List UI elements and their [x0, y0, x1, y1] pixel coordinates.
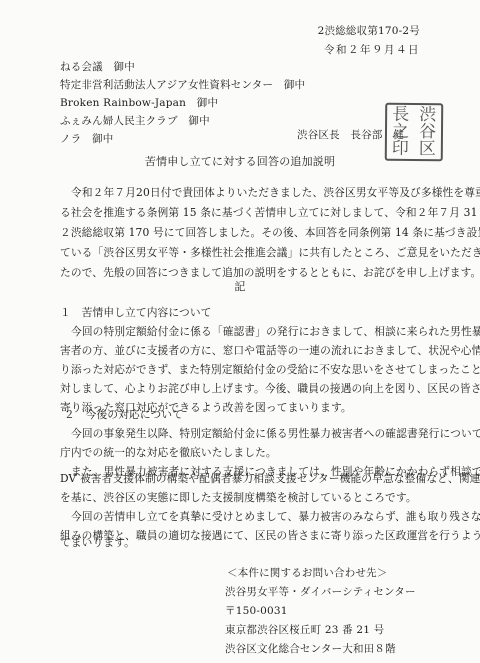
paragraph-line: 令和２年７月20日付で貴団体よりいただきました、渋谷区男女平等及び多様性を尊重す [71, 186, 480, 200]
paragraph-line: る社会を推進する条例第 15 条に基づく苦情申し立てに対しまして、令和２年７月 … [60, 206, 480, 220]
contact-heading: ＜本件に関するお問い合わせ先＞ [227, 566, 388, 580]
paragraph-line: たので、先般の回答につきまして追加の説明をするとともに、お詫びを申し上げます。 [60, 266, 480, 280]
contact-postal: 〒150-0031 [225, 604, 288, 618]
section-heading: １ 苦情申し立て内容について [60, 306, 212, 320]
section-line: 今回の特別定額給付金に係る「確認書」の発行におきまして、相談に来られた男性暴力被 [71, 325, 480, 339]
section-line: り添った対応ができず、また特別定額給付金の受給に不安な思いをさせてしまったことに [60, 363, 480, 377]
contact-address-1: 東京都渋谷区桜丘町 23 番 21 号 [225, 623, 384, 637]
seal-left-column: 長之印 [392, 106, 409, 157]
addressee: Broken Rainbow-Japan 御中 [60, 96, 218, 110]
document-number: 2渋総総収第170-2号 [318, 24, 420, 38]
section-heading: ２ 今後の対応について [64, 408, 183, 422]
contact-org: 渋谷男女平等・ダイバーシティセンター [225, 585, 416, 599]
ki-heading: 記 [0, 280, 480, 294]
section-line: 害者の方、並びに支援者の方に、窓口や電話等の一連の流れにおきまして、状況や心情に… [60, 344, 480, 358]
addressee: ねる会議 御中 [60, 60, 135, 74]
section-line: 庁内での統一的な対応を徹底いたしました。 [60, 446, 277, 460]
paragraph-line: ている「渋谷区男女平等・多様性社会推進会議」に共有したところ、ご意見をいただきま… [60, 246, 480, 260]
section-line: てまいります。 [60, 536, 135, 550]
addressee: 特定非営利活動法人アジア女性資料センター 御中 [60, 78, 305, 92]
seal-right-column: 渋谷区 [419, 107, 436, 158]
paragraph-line: ２渋総総収第 170 号にて回答しました。その後、本回答を同条例第 14 条に基… [60, 226, 480, 240]
official-seal-icon: 長之印 渋谷区 [385, 103, 444, 162]
section-line: 今回の苦情申し立てを真摯に受けとめまして、暴力被害のみならず、誰も取り残さない仕 [71, 510, 480, 524]
section-line: を基に、渋谷区の実態に即した支援制度構築を検討しているところです。 [60, 491, 417, 505]
document-title: 苦情申し立てに対する回答の追加説明 [0, 155, 480, 169]
section-line: 今回の事象発生以降、特別定額給付金に係る男性暴力被害者への確認書発行については [71, 427, 480, 441]
document-date: 令和２年９月４日 [324, 43, 420, 57]
section-line: DV 被害者支援体制の構築や配偶者暴力相談支援センター機能の早急な整備など、関連… [60, 472, 480, 486]
letter-page: 2渋総総収第170-2号 令和２年９月４日 ねる会議 御中 特定非営利活動法人ア… [0, 0, 480, 663]
addressee: ふぇみん婦人民主クラブ 御中 [60, 114, 210, 128]
addressee: ノラ 御中 [60, 132, 114, 146]
contact-address-2: 渋谷区文化総合センター大和田８階 [225, 642, 396, 656]
section-line: 対しまして、心よりお詫び申し上げます。今後、職員の接遇の向上を図り、区民の皆さま… [60, 382, 480, 396]
